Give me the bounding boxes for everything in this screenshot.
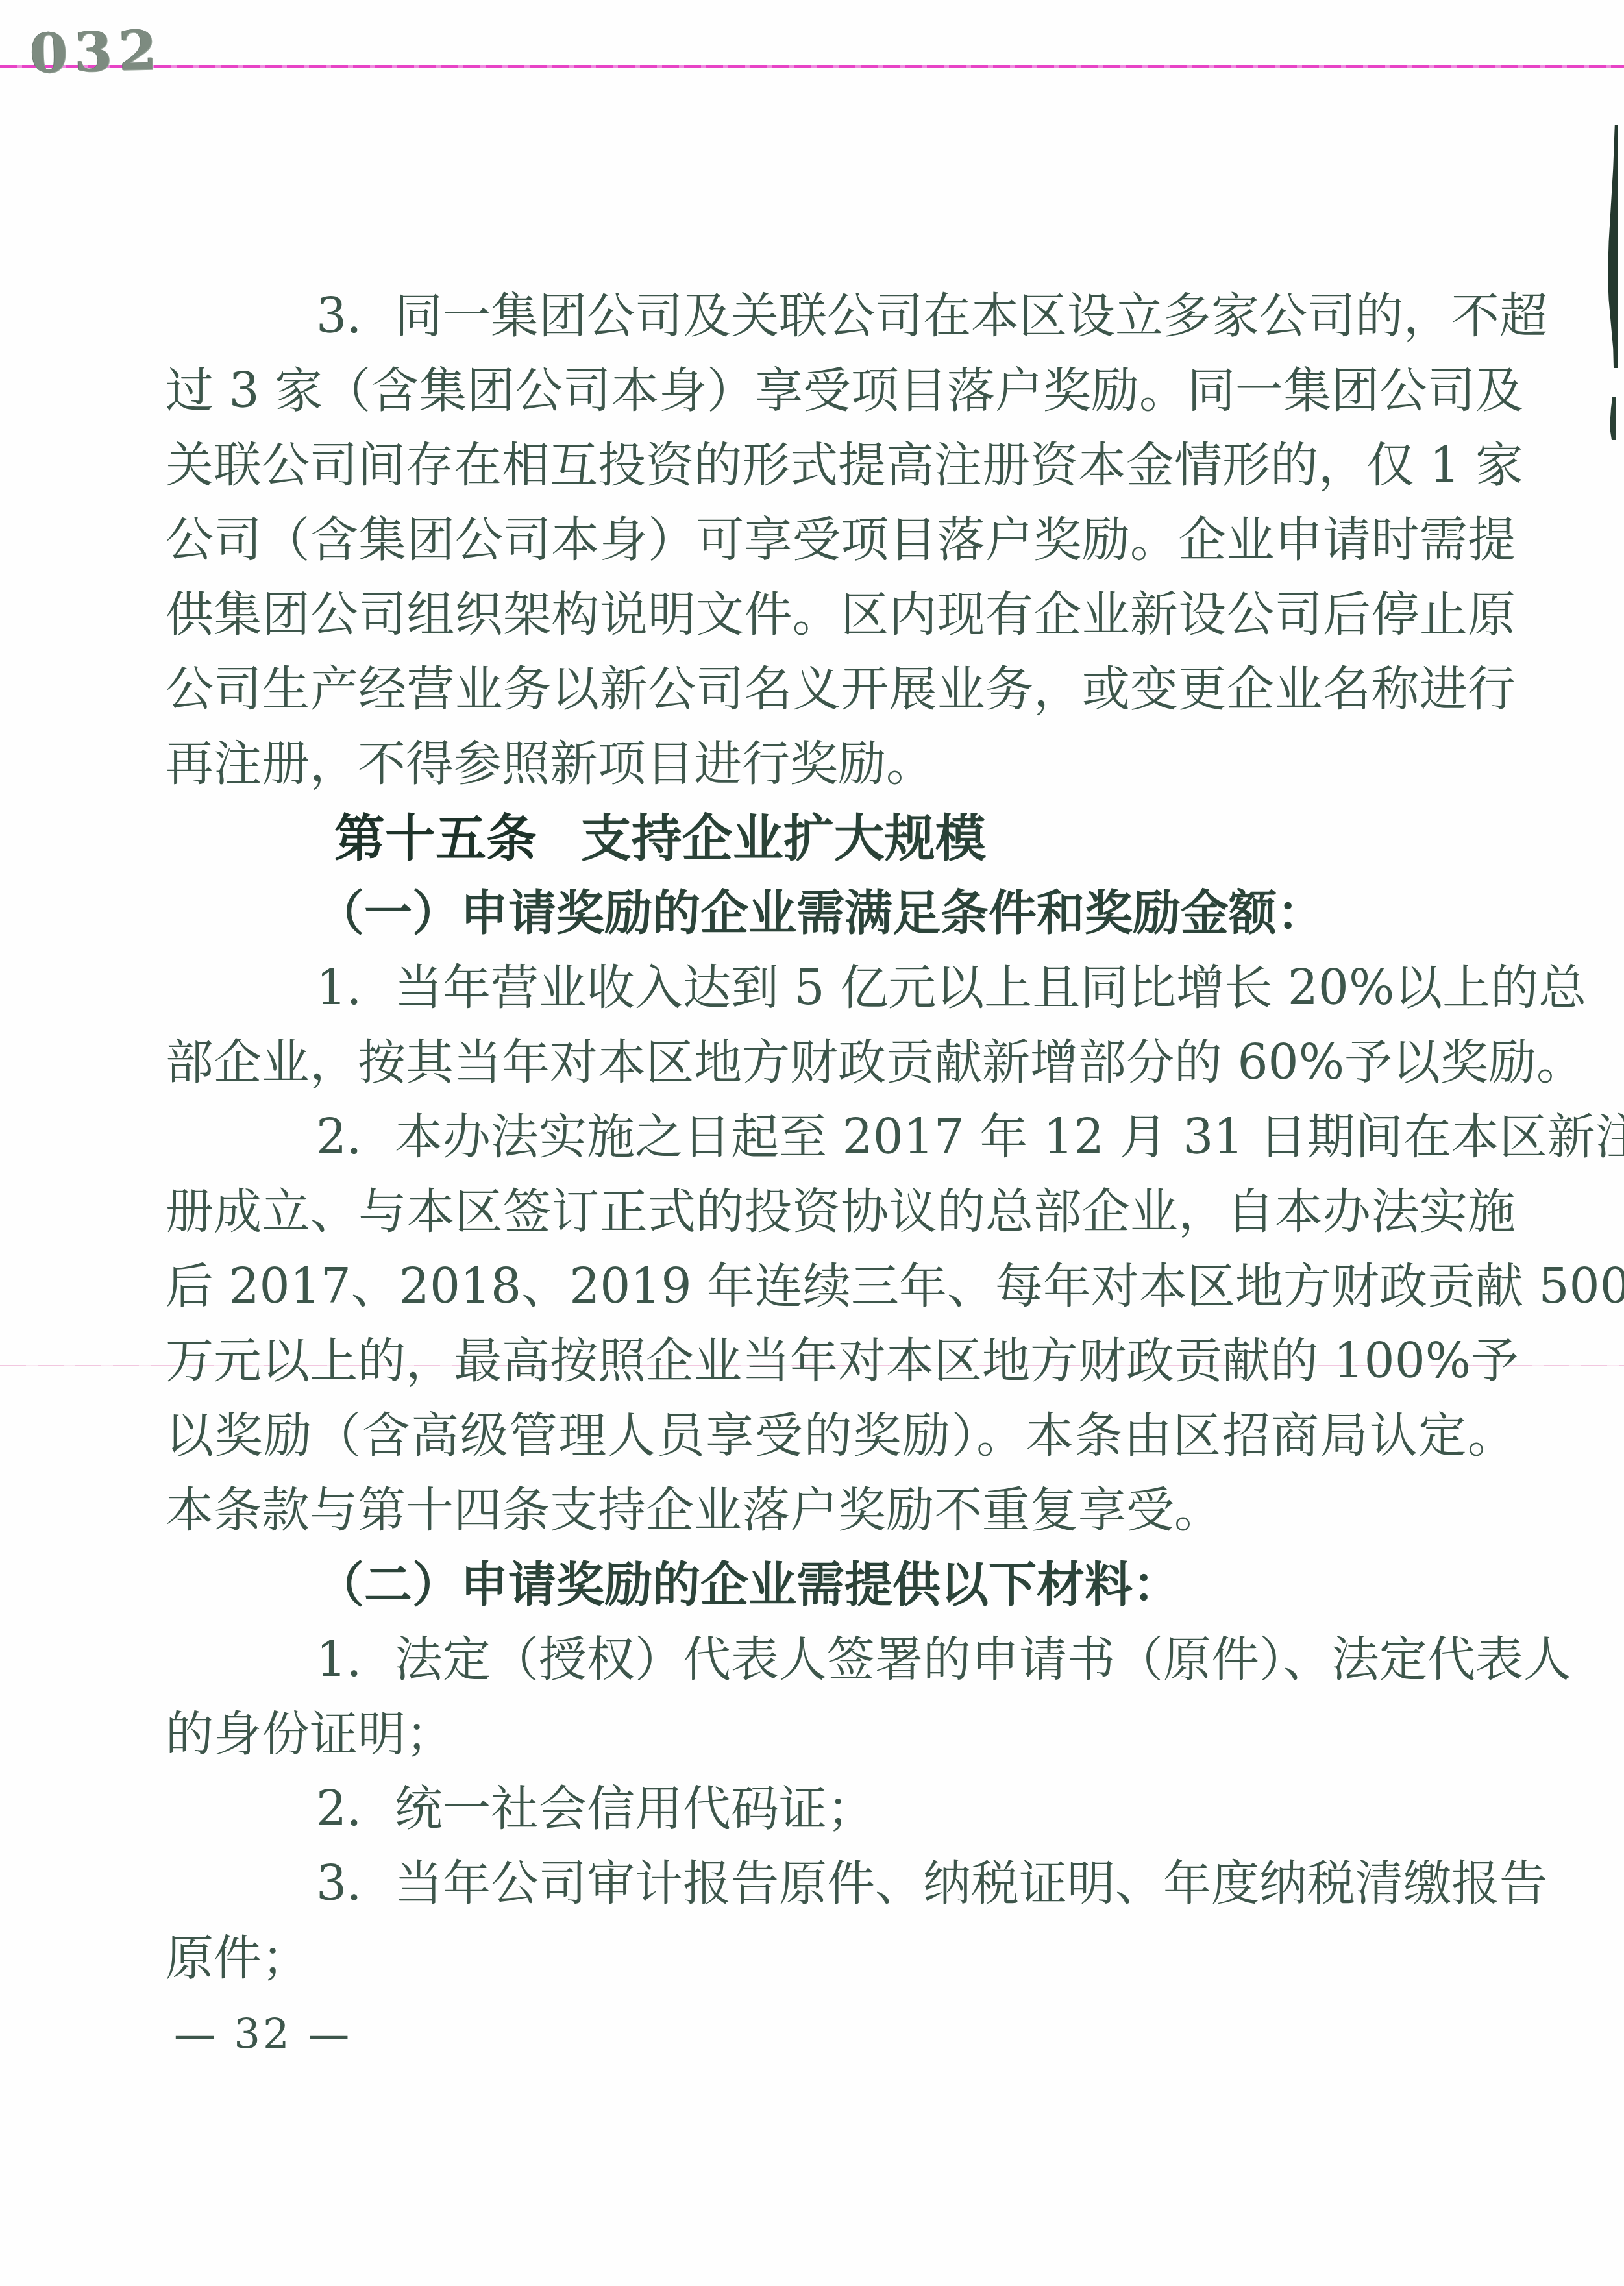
doc-line: 1．当年营业收入达到 5 亿元以上且同比增长 20%以上的总 xyxy=(166,951,1516,1026)
doc-line: 2．本办法实施之日起至 2017 年 12 月 31 日期间在本区新注 xyxy=(166,1100,1516,1175)
binding-shadow-mark xyxy=(1610,397,1616,440)
article-title: 支持企业扩大规模 xyxy=(581,809,986,868)
doc-subheading: （一）申请奖励的企业需满足条件和奖励金额： xyxy=(166,876,1516,951)
doc-line: 关联公司间存在相互投资的形式提高注册资本金情形的，仅 1 家 xyxy=(166,428,1516,503)
doc-line: 部企业，按其当年对本区地方财政贡献新增部分的 60%予以奖励。 xyxy=(166,1026,1516,1100)
article-number: 第十五条 xyxy=(334,809,537,868)
doc-line: 过 3 家（含集团公司本身）享受项目落户奖励。同一集团公司及 xyxy=(166,354,1516,428)
doc-line: 公司（含集团公司本身）可享受项目落户奖励。企业申请时需提 xyxy=(166,503,1516,578)
page-number: — 32 — xyxy=(174,2011,352,2059)
doc-line: 原件； xyxy=(166,1921,1516,1996)
doc-line: 3．当年公司审计报告原件、纳税证明、年度纳税清缴报告 xyxy=(166,1847,1516,1921)
doc-line: 的身份证明； xyxy=(166,1697,1516,1772)
doc-line: 册成立、与本区签订正式的投资协议的总部企业，自本办法实施 xyxy=(166,1175,1516,1249)
article-heading: 第十五条 支持企业扩大规模 xyxy=(166,802,1516,876)
doc-line: 供集团公司组织架构说明文件。区内现有企业新设公司后停止原 xyxy=(166,578,1516,652)
doc-line: 再注册，不得参照新项目进行奖励。 xyxy=(166,727,1516,802)
binding-shadow-mark xyxy=(1608,125,1618,368)
doc-line: 3．同一集团公司及关联公司在本区设立多家公司的，不超 xyxy=(166,279,1516,354)
doc-line: 后 2017、2018、2019 年连续三年、每年对本区地方财政贡献 500 xyxy=(166,1249,1516,1324)
magenta-scan-line xyxy=(0,65,1624,68)
doc-line: 公司生产经营业务以新公司名义开展业务，或变更企业名称进行 xyxy=(166,652,1516,727)
page-stamp-code: 032 xyxy=(29,18,164,85)
doc-line: 万元以上的，最高按照企业当年对本区地方财政贡献的 100%予 xyxy=(166,1324,1516,1399)
doc-subheading: （二）申请奖励的企业需提供以下材料： xyxy=(166,1548,1516,1623)
doc-line: 以奖励（含高级管理人员享受的奖励）。本条由区招商局认定。 xyxy=(166,1399,1516,1473)
doc-line: 2．统一社会信用代码证； xyxy=(166,1772,1516,1847)
doc-line: 1．法定（授权）代表人签署的申请书（原件）、法定代表人 xyxy=(166,1623,1516,1697)
document-body: 3．同一集团公司及关联公司在本区设立多家公司的，不超 过 3 家（含集团公司本身… xyxy=(166,279,1516,1996)
doc-line: 本条款与第十四条支持企业落户奖励不重复享受。 xyxy=(166,1473,1516,1548)
